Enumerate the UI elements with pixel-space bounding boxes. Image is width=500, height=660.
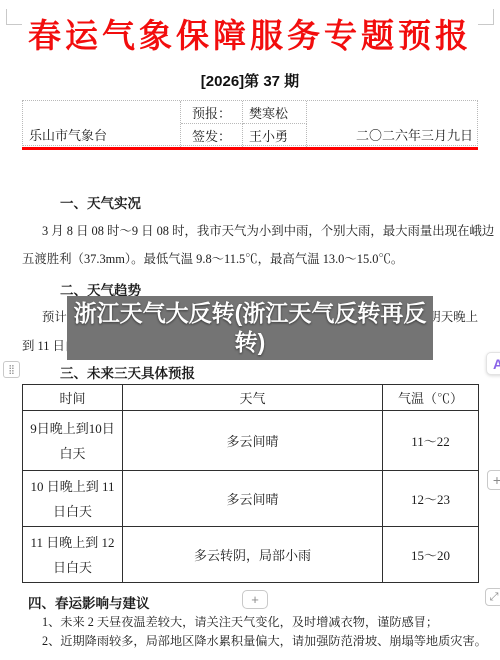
weather-cell: 多云转阴，局部小雨: [123, 527, 383, 583]
table-row: 9日晚上到10日 白天 多云间晴 11～22: [23, 411, 479, 471]
forecaster-name: 樊寒松: [243, 101, 307, 124]
temp-cell: 11～22: [383, 411, 479, 471]
add-button-inline[interactable]: +: [242, 590, 268, 609]
a-floating-button[interactable]: A: [486, 352, 500, 375]
banner-title: 春运气象保障服务专题预报: [0, 10, 500, 57]
plus-icon: +: [251, 592, 259, 607]
section-1-line-2: 五渡胜利（37.3mm）。最低气温 9.8～11.5℃，最高气温 13.0～15…: [22, 249, 403, 267]
advice-item-2: 2、近期降雨较多，局部地区降水累积量偏大，请加强防范滑坡、崩塌等地质灾害。: [42, 632, 487, 649]
grid-dots-icon: ⣿: [8, 364, 15, 375]
red-divider-line: [22, 147, 478, 150]
temp-cell: 15～20: [383, 527, 479, 583]
table-row: 11 日晚上到 12 日白天 多云转阴，局部小雨 15～20: [23, 527, 479, 583]
table-drag-handle-button[interactable]: ⣿: [3, 361, 20, 378]
forecaster-label: 预报：: [181, 101, 243, 124]
forecast-table: 时间 天气 气温（℃） 9日晚上到10日 白天 多云间晴 11～22 10 日晚…: [22, 384, 479, 583]
forecast-table-header-row: 时间 天气 气温（℃）: [23, 385, 479, 411]
watermark-text: 浙江天气大反转(浙江天气反转再反转): [73, 299, 427, 357]
expand-button[interactable]: ⤢: [485, 588, 500, 606]
issuer-label: 签发：: [181, 124, 243, 147]
time-cell: 9日晚上到10日 白天: [23, 411, 123, 471]
expand-icon: ⤢: [490, 591, 499, 604]
time-cell: 10 日晚上到 11 日白天: [23, 471, 123, 527]
document-page: 春运气象保障服务专题预报 [2026]第 37 期 乐山市气象台 预报： 樊寒松…: [0, 0, 500, 660]
add-button-right[interactable]: +: [487, 470, 500, 490]
issuer-name: 王小勇: [243, 124, 307, 147]
header-weather: 天气: [123, 385, 383, 411]
watermark-overlay: 浙江天气大反转(浙江天气反转再反转): [67, 296, 433, 360]
section-4-heading: 四、春运影响与建议: [28, 592, 150, 612]
letter-a-icon: A: [493, 356, 500, 372]
section-3-heading: 三、未来三天具体预报: [60, 362, 195, 382]
issue-date: 二〇二六年三月九日: [307, 101, 477, 147]
header-temp: 气温（℃）: [383, 385, 479, 411]
issue-number: [2026]第 37 期: [0, 70, 500, 91]
masthead-table: 乐山市气象台 预报： 樊寒松 签发： 王小勇 二〇二六年三月九日: [22, 100, 478, 146]
agency-name: 乐山市气象台: [23, 101, 181, 147]
weather-cell: 多云间晴: [123, 411, 383, 471]
advice-item-1: 1、未来 2 天昼夜温差较大，请关注天气变化，及时增减衣物，谨防感冒；: [42, 613, 438, 630]
temp-cell: 12～23: [383, 471, 479, 527]
section-1-heading: 一、天气实况: [60, 192, 141, 212]
table-row: 10 日晚上到 11 日白天 多云间晴 12～23: [23, 471, 479, 527]
weather-cell: 多云间晴: [123, 471, 383, 527]
plus-icon: +: [493, 472, 500, 488]
header-time: 时间: [23, 385, 123, 411]
time-cell: 11 日晚上到 12 日白天: [23, 527, 123, 583]
section-1-line-1: 3 月 8 日 08 时～9 日 08 时，我市天气为小到中雨，个别大雨，最大雨…: [42, 221, 494, 239]
